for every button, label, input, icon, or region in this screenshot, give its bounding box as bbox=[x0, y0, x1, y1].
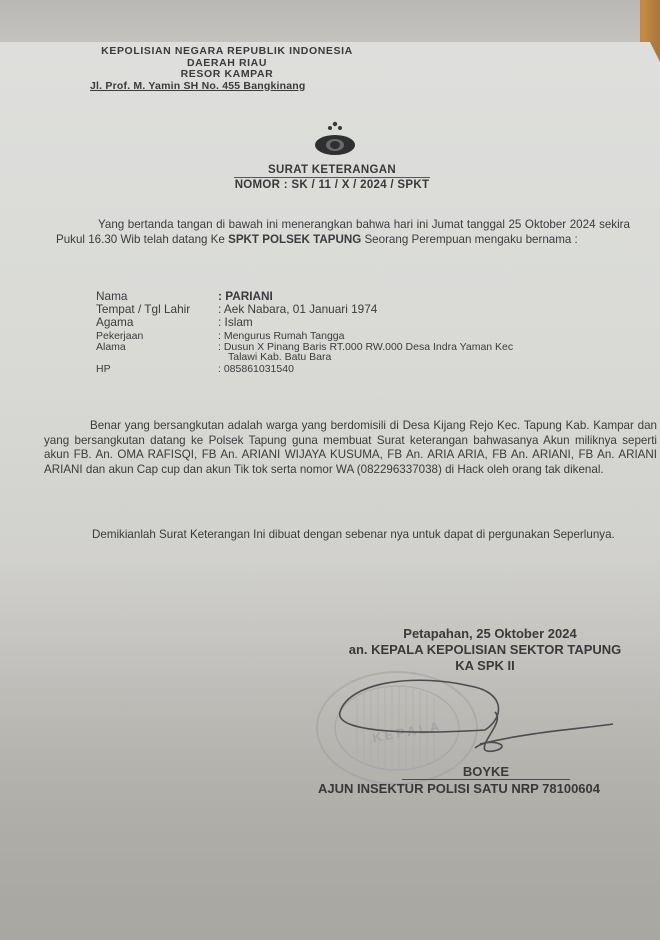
field-label: Pekerjaan bbox=[96, 331, 218, 342]
signer-rank-nrp: AJUN INSEKTUR POLISI SATU NRP 78100604 bbox=[318, 781, 660, 796]
paper-fold-flap bbox=[0, 0, 660, 42]
document-number: NOMOR : SK / 11 / X / 2024 / SPKT bbox=[234, 179, 430, 191]
field-row-religion: Agama : Islam bbox=[96, 316, 616, 329]
field-label: Agama bbox=[96, 316, 218, 329]
field-row-address-cont: Talawi Kab. Batu Bara bbox=[96, 352, 616, 363]
field-value: : 085861031540 bbox=[218, 364, 616, 375]
field-value: : Aek Nabara, 01 Januari 1974 bbox=[218, 303, 616, 316]
field-row-address: Alama : Dusun X Pinang Baris RT.000 RW.0… bbox=[96, 342, 616, 353]
intro-location: SPKT POLSEK TAPUNG bbox=[228, 233, 361, 246]
place-date: Petapahan, 25 Oktober 2024 bbox=[310, 626, 660, 642]
signer-name: BOYKE bbox=[402, 764, 570, 780]
field-value: : Islam bbox=[218, 316, 616, 329]
document-title: SURAT KETERANGAN bbox=[234, 164, 430, 178]
letterhead-address: Jl. Prof. M. Yamin SH No. 455 Bangkinang bbox=[82, 81, 372, 93]
field-value: : Mengurus Rumah Tangga bbox=[218, 331, 616, 342]
field-label: Alama bbox=[96, 342, 218, 353]
signature-header: Petapahan, 25 Oktober 2024 an. KEPALA KE… bbox=[310, 626, 660, 674]
intro-paragraph: Yang bertanda tangan di bawah ini menera… bbox=[56, 218, 630, 247]
field-row-birth: Tempat / Tgl Lahir : Aek Nabara, 01 Janu… bbox=[96, 303, 616, 316]
field-value-continuation: Talawi Kab. Batu Bara bbox=[218, 352, 616, 363]
field-row-occupation: Pekerjaan : Mengurus Rumah Tangga bbox=[96, 331, 616, 342]
body-paragraph: Benar yang bersangkutan adalah warga yan… bbox=[44, 419, 657, 477]
police-emblem-icon bbox=[310, 118, 360, 160]
letterhead-institution: KEPOLISIAN NEGARA REPUBLIK INDONESIA bbox=[82, 46, 372, 58]
body-text: Benar yang bersangkutan adalah warga yan… bbox=[44, 419, 657, 476]
personal-details: Nama : PARIANI Tempat / Tgl Lahir : Aek … bbox=[96, 290, 616, 374]
letterhead: KEPOLISIAN NEGARA REPUBLIK INDONESIA DAE… bbox=[82, 46, 372, 92]
letterhead-resort: RESOR KAMPAR bbox=[82, 69, 372, 81]
field-row-phone: HP : 085861031540 bbox=[96, 364, 616, 375]
closing-paragraph: Demikianlah Surat Keterangan Ini dibuat … bbox=[38, 528, 658, 543]
closing-text: Demikianlah Surat Keterangan Ini dibuat … bbox=[92, 528, 615, 541]
field-label: HP bbox=[96, 364, 218, 375]
document-title-block: SURAT KETERANGAN NOMOR : SK / 11 / X / 2… bbox=[234, 164, 430, 191]
handwritten-signature-icon bbox=[330, 672, 620, 762]
on-behalf-of: an. KEPALA KEPOLISIAN SEKTOR TAPUNG bbox=[310, 642, 660, 658]
intro-text-end: Seorang Perempuan mengaku bernama : bbox=[361, 233, 578, 246]
